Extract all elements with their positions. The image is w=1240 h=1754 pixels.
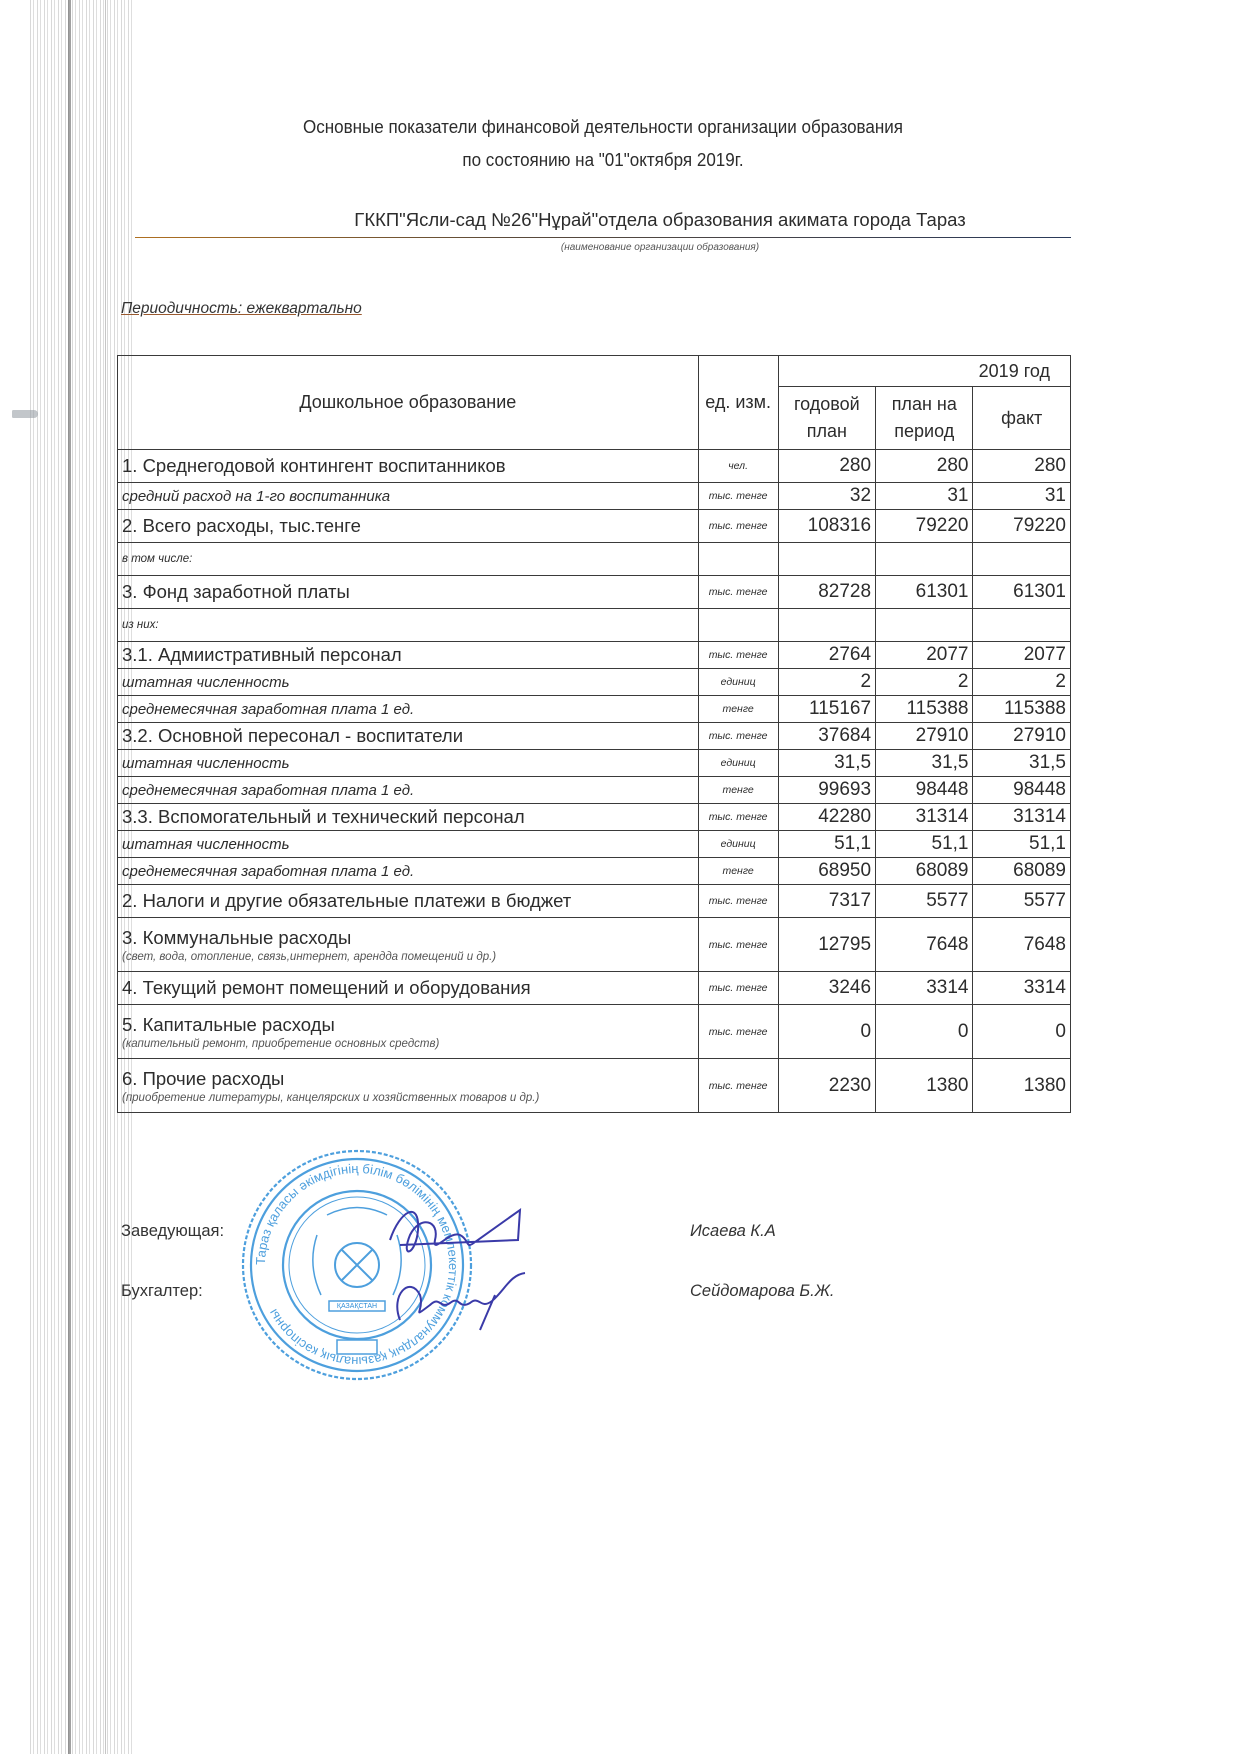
cell-fact bbox=[973, 543, 1071, 576]
row-label-text: 1. Среднегодовой контингент воспитаннико… bbox=[122, 455, 506, 476]
table-row: 3.1. Адмиистративный персоналтыс. тенге2… bbox=[118, 642, 1071, 669]
cell-fact: 61301 bbox=[973, 576, 1071, 609]
cell-fact: 280 bbox=[973, 450, 1071, 483]
cell-period-plan bbox=[876, 543, 973, 576]
cell-annual-plan: 0 bbox=[778, 1005, 875, 1059]
table-row: штатная численностьединиц51,151,151,1 bbox=[118, 831, 1071, 858]
table-row: в том числе: bbox=[118, 543, 1071, 576]
accountant-name: Сейдомарова Б.Ж. bbox=[690, 1282, 834, 1301]
row-label-text: 3. Фонд заработной платы bbox=[122, 581, 350, 602]
cell-fact: 31 bbox=[973, 483, 1071, 510]
cell-period-plan: 51,1 bbox=[876, 831, 973, 858]
row-label-text: средний расход на 1-го воспитанника bbox=[122, 488, 390, 505]
row-unit bbox=[698, 543, 778, 576]
row-label-text: 3.1. Адмиистративный персонал bbox=[122, 644, 402, 665]
row-note: (свет, вода, отопление, связь,интернет, … bbox=[122, 951, 694, 963]
cell-period-plan: 68089 bbox=[876, 858, 973, 885]
cell-period-plan: 1380 bbox=[876, 1059, 973, 1113]
cell-fact: 5577 bbox=[973, 885, 1071, 918]
cell-period-plan: 2 bbox=[876, 669, 973, 696]
row-label-text: среднемесячная заработная плата 1 ед. bbox=[122, 701, 414, 718]
staple-mark bbox=[12, 410, 38, 418]
row-label: из них: bbox=[118, 609, 699, 642]
row-label: 1. Среднегодовой контингент воспитаннико… bbox=[118, 450, 699, 483]
row-label: среднемесячная заработная плата 1 ед. bbox=[118, 777, 699, 804]
row-unit: тыс. тенге bbox=[698, 972, 778, 1005]
table-row: среднемесячная заработная плата 1 ед.тен… bbox=[118, 858, 1071, 885]
row-unit: тыс. тенге bbox=[698, 483, 778, 510]
row-label: среднемесячная заработная плата 1 ед. bbox=[118, 858, 699, 885]
table-row: среднемесячная заработная плата 1 ед.тен… bbox=[118, 696, 1071, 723]
row-unit: тыс. тенге bbox=[698, 1059, 778, 1113]
cell-fact: 2077 bbox=[973, 642, 1071, 669]
cell-annual-plan: 7317 bbox=[778, 885, 875, 918]
table-row: средний расход на 1-го воспитанникатыс. … bbox=[118, 483, 1071, 510]
row-unit: единиц bbox=[698, 750, 778, 777]
cell-period-plan: 0 bbox=[876, 1005, 973, 1059]
row-label: 2. Налоги и другие обязательные платежи … bbox=[118, 885, 699, 918]
svg-text:ҚАЗАҚСТАН: ҚАЗАҚСТАН bbox=[337, 1303, 377, 1310]
row-unit: тенге bbox=[698, 777, 778, 804]
cell-annual-plan: 2230 bbox=[778, 1059, 875, 1113]
cell-period-plan: 31 bbox=[876, 483, 973, 510]
cell-period-plan: 31314 bbox=[876, 804, 973, 831]
cell-period-plan: 280 bbox=[876, 450, 973, 483]
table-row: штатная численностьединиц31,531,531,5 bbox=[118, 750, 1071, 777]
table-row: штатная численностьединиц222 bbox=[118, 669, 1071, 696]
cell-annual-plan: 31,5 bbox=[778, 750, 875, 777]
organization-name: ГККП"Ясли-сад №26"Нұрай"отдела образован… bbox=[250, 209, 1070, 231]
cell-period-plan: 61301 bbox=[876, 576, 973, 609]
row-unit bbox=[698, 609, 778, 642]
table-row: 1. Среднегодовой контингент воспитаннико… bbox=[118, 450, 1071, 483]
organization-caption: (наименование организации образования) bbox=[250, 242, 1070, 253]
cell-fact: 0 bbox=[973, 1005, 1071, 1059]
header-section: Дошкольное образование bbox=[118, 356, 699, 450]
row-label: 3. Коммунальные расходы(свет, вода, отоп… bbox=[118, 918, 699, 972]
periodicity-label: Периодичность: ежеквартально bbox=[121, 300, 362, 318]
cell-fact: 79220 bbox=[973, 510, 1071, 543]
header-unit: ед. изм. bbox=[698, 356, 778, 450]
row-label: средний расход на 1-го воспитанника bbox=[118, 483, 699, 510]
cell-period-plan: 31,5 bbox=[876, 750, 973, 777]
row-label: 6. Прочие расходы(приобретение литератур… bbox=[118, 1059, 699, 1113]
table-row: 6. Прочие расходы(приобретение литератур… bbox=[118, 1059, 1071, 1113]
cell-annual-plan: 82728 bbox=[778, 576, 875, 609]
cell-period-plan: 27910 bbox=[876, 723, 973, 750]
row-label: 4. Текущий ремонт помещений и оборудован… bbox=[118, 972, 699, 1005]
cell-period-plan: 98448 bbox=[876, 777, 973, 804]
row-label: в том числе: bbox=[118, 543, 699, 576]
table-row: 3.2. Основной пересонал - воспитателитыс… bbox=[118, 723, 1071, 750]
cell-fact: 31314 bbox=[973, 804, 1071, 831]
cell-period-plan: 2077 bbox=[876, 642, 973, 669]
row-label-text: штатная численность bbox=[122, 755, 290, 772]
cell-period-plan bbox=[876, 609, 973, 642]
row-unit: тыс. тенге bbox=[698, 576, 778, 609]
row-label: 3.2. Основной пересонал - воспитатели bbox=[118, 723, 699, 750]
header-period-plan: план на период bbox=[876, 387, 973, 450]
cell-annual-plan: 68950 bbox=[778, 858, 875, 885]
row-note: (капительный ремонт, приобретение основн… bbox=[122, 1038, 694, 1050]
accountant-signature-icon bbox=[380, 1265, 530, 1335]
cell-annual-plan: 12795 bbox=[778, 918, 875, 972]
row-unit: тыс. тенге bbox=[698, 723, 778, 750]
row-label-text: 2. Всего расходы, тыс.тенге bbox=[122, 515, 361, 536]
row-label-text: 6. Прочие расходы bbox=[122, 1068, 284, 1089]
cell-annual-plan: 32 bbox=[778, 483, 875, 510]
cell-annual-plan bbox=[778, 609, 875, 642]
row-label-text: среднемесячная заработная плата 1 ед. bbox=[122, 782, 414, 799]
row-label: штатная численность bbox=[118, 831, 699, 858]
row-unit: тенге bbox=[698, 696, 778, 723]
row-unit: тыс. тенге bbox=[698, 918, 778, 972]
header-annual-plan: годовой план bbox=[778, 387, 875, 450]
document-date: по состоянию на "01"октября 2019г. bbox=[48, 149, 1158, 171]
row-label: штатная численность bbox=[118, 750, 699, 777]
cell-period-plan: 3314 bbox=[876, 972, 973, 1005]
row-unit: тыс. тенге bbox=[698, 510, 778, 543]
row-label: среднемесячная заработная плата 1 ед. bbox=[118, 696, 699, 723]
cell-fact: 7648 bbox=[973, 918, 1071, 972]
row-note: (приобретение литературы, канцелярских и… bbox=[122, 1092, 694, 1104]
head-label: Заведующая: bbox=[121, 1222, 224, 1241]
cell-annual-plan: 42280 bbox=[778, 804, 875, 831]
row-unit: единиц bbox=[698, 669, 778, 696]
organization-underline bbox=[135, 237, 1071, 238]
cell-annual-plan bbox=[778, 543, 875, 576]
row-label-text: штатная численность bbox=[122, 836, 290, 853]
row-label-text: 5. Капитальные расходы bbox=[122, 1014, 335, 1035]
head-name: Исаева К.А bbox=[690, 1222, 776, 1241]
cell-fact: 68089 bbox=[973, 858, 1071, 885]
header-fact: факт bbox=[973, 387, 1071, 450]
row-unit: тыс. тенге bbox=[698, 642, 778, 669]
cell-annual-plan: 37684 bbox=[778, 723, 875, 750]
row-label: 3.1. Адмиистративный персонал bbox=[118, 642, 699, 669]
cell-fact: 2 bbox=[973, 669, 1071, 696]
row-unit: единиц bbox=[698, 831, 778, 858]
cell-fact: 3314 bbox=[973, 972, 1071, 1005]
cell-fact: 1380 bbox=[973, 1059, 1071, 1113]
table-row: 2. Всего расходы, тыс.тенгетыс. тенге108… bbox=[118, 510, 1071, 543]
row-label: 2. Всего расходы, тыс.тенге bbox=[118, 510, 699, 543]
row-unit: тыс. тенге bbox=[698, 885, 778, 918]
head-signature-icon bbox=[380, 1200, 530, 1270]
cell-annual-plan: 99693 bbox=[778, 777, 875, 804]
row-label-text: в том числе: bbox=[122, 553, 192, 565]
cell-period-plan: 115388 bbox=[876, 696, 973, 723]
document-title: Основные показатели финансовой деятельно… bbox=[48, 116, 1158, 138]
row-label-text: 3.2. Основной пересонал - воспитатели bbox=[122, 725, 463, 746]
cell-fact bbox=[973, 609, 1071, 642]
row-unit: тыс. тенге bbox=[698, 1005, 778, 1059]
header-year: 2019 год bbox=[778, 356, 1070, 387]
table-row: из них: bbox=[118, 609, 1071, 642]
table-body: 1. Среднегодовой контингент воспитаннико… bbox=[118, 450, 1071, 1113]
row-label-text: из них: bbox=[122, 619, 159, 631]
table-row: 4. Текущий ремонт помещений и оборудован… bbox=[118, 972, 1071, 1005]
row-label-text: 3.3. Вспомогательный и технический персо… bbox=[122, 806, 525, 827]
cell-annual-plan: 3246 bbox=[778, 972, 875, 1005]
cell-annual-plan: 2764 bbox=[778, 642, 875, 669]
table-row: среднемесячная заработная плата 1 ед.тен… bbox=[118, 777, 1071, 804]
cell-fact: 98448 bbox=[973, 777, 1071, 804]
row-label: 3.3. Вспомогательный и технический персо… bbox=[118, 804, 699, 831]
cell-fact: 115388 bbox=[973, 696, 1071, 723]
row-label: 3. Фонд заработной платы bbox=[118, 576, 699, 609]
financial-indicators-table: Дошкольное образование ед. изм. 2019 год… bbox=[117, 355, 1071, 1113]
cell-annual-plan: 108316 bbox=[778, 510, 875, 543]
row-label-text: среднемесячная заработная плата 1 ед. bbox=[122, 863, 414, 880]
cell-fact: 27910 bbox=[973, 723, 1071, 750]
row-unit: чел. bbox=[698, 450, 778, 483]
cell-annual-plan: 115167 bbox=[778, 696, 875, 723]
row-unit: тыс. тенге bbox=[698, 804, 778, 831]
row-unit: тенге bbox=[698, 858, 778, 885]
row-label: 5. Капитальные расходы(капительный ремон… bbox=[118, 1005, 699, 1059]
cell-period-plan: 5577 bbox=[876, 885, 973, 918]
table-row: 3. Фонд заработной платытыс. тенге827286… bbox=[118, 576, 1071, 609]
row-label-text: 4. Текущий ремонт помещений и оборудован… bbox=[122, 977, 531, 998]
row-label-text: 3. Коммунальные расходы bbox=[122, 927, 351, 948]
row-label-text: штатная численность bbox=[122, 674, 290, 691]
table-row: 3. Коммунальные расходы(свет, вода, отоп… bbox=[118, 918, 1071, 972]
table-row: 5. Капитальные расходы(капительный ремон… bbox=[118, 1005, 1071, 1059]
row-label-text: 2. Налоги и другие обязательные платежи … bbox=[122, 890, 571, 911]
cell-fact: 31,5 bbox=[973, 750, 1071, 777]
accountant-label: Бухгалтер: bbox=[121, 1282, 203, 1301]
cell-annual-plan: 2 bbox=[778, 669, 875, 696]
cell-fact: 51,1 bbox=[973, 831, 1071, 858]
cell-period-plan: 79220 bbox=[876, 510, 973, 543]
table-row: 2. Налоги и другие обязательные платежи … bbox=[118, 885, 1071, 918]
row-label: штатная численность bbox=[118, 669, 699, 696]
table-row: 3.3. Вспомогательный и технический персо… bbox=[118, 804, 1071, 831]
cell-period-plan: 7648 bbox=[876, 918, 973, 972]
cell-annual-plan: 51,1 bbox=[778, 831, 875, 858]
cell-annual-plan: 280 bbox=[778, 450, 875, 483]
